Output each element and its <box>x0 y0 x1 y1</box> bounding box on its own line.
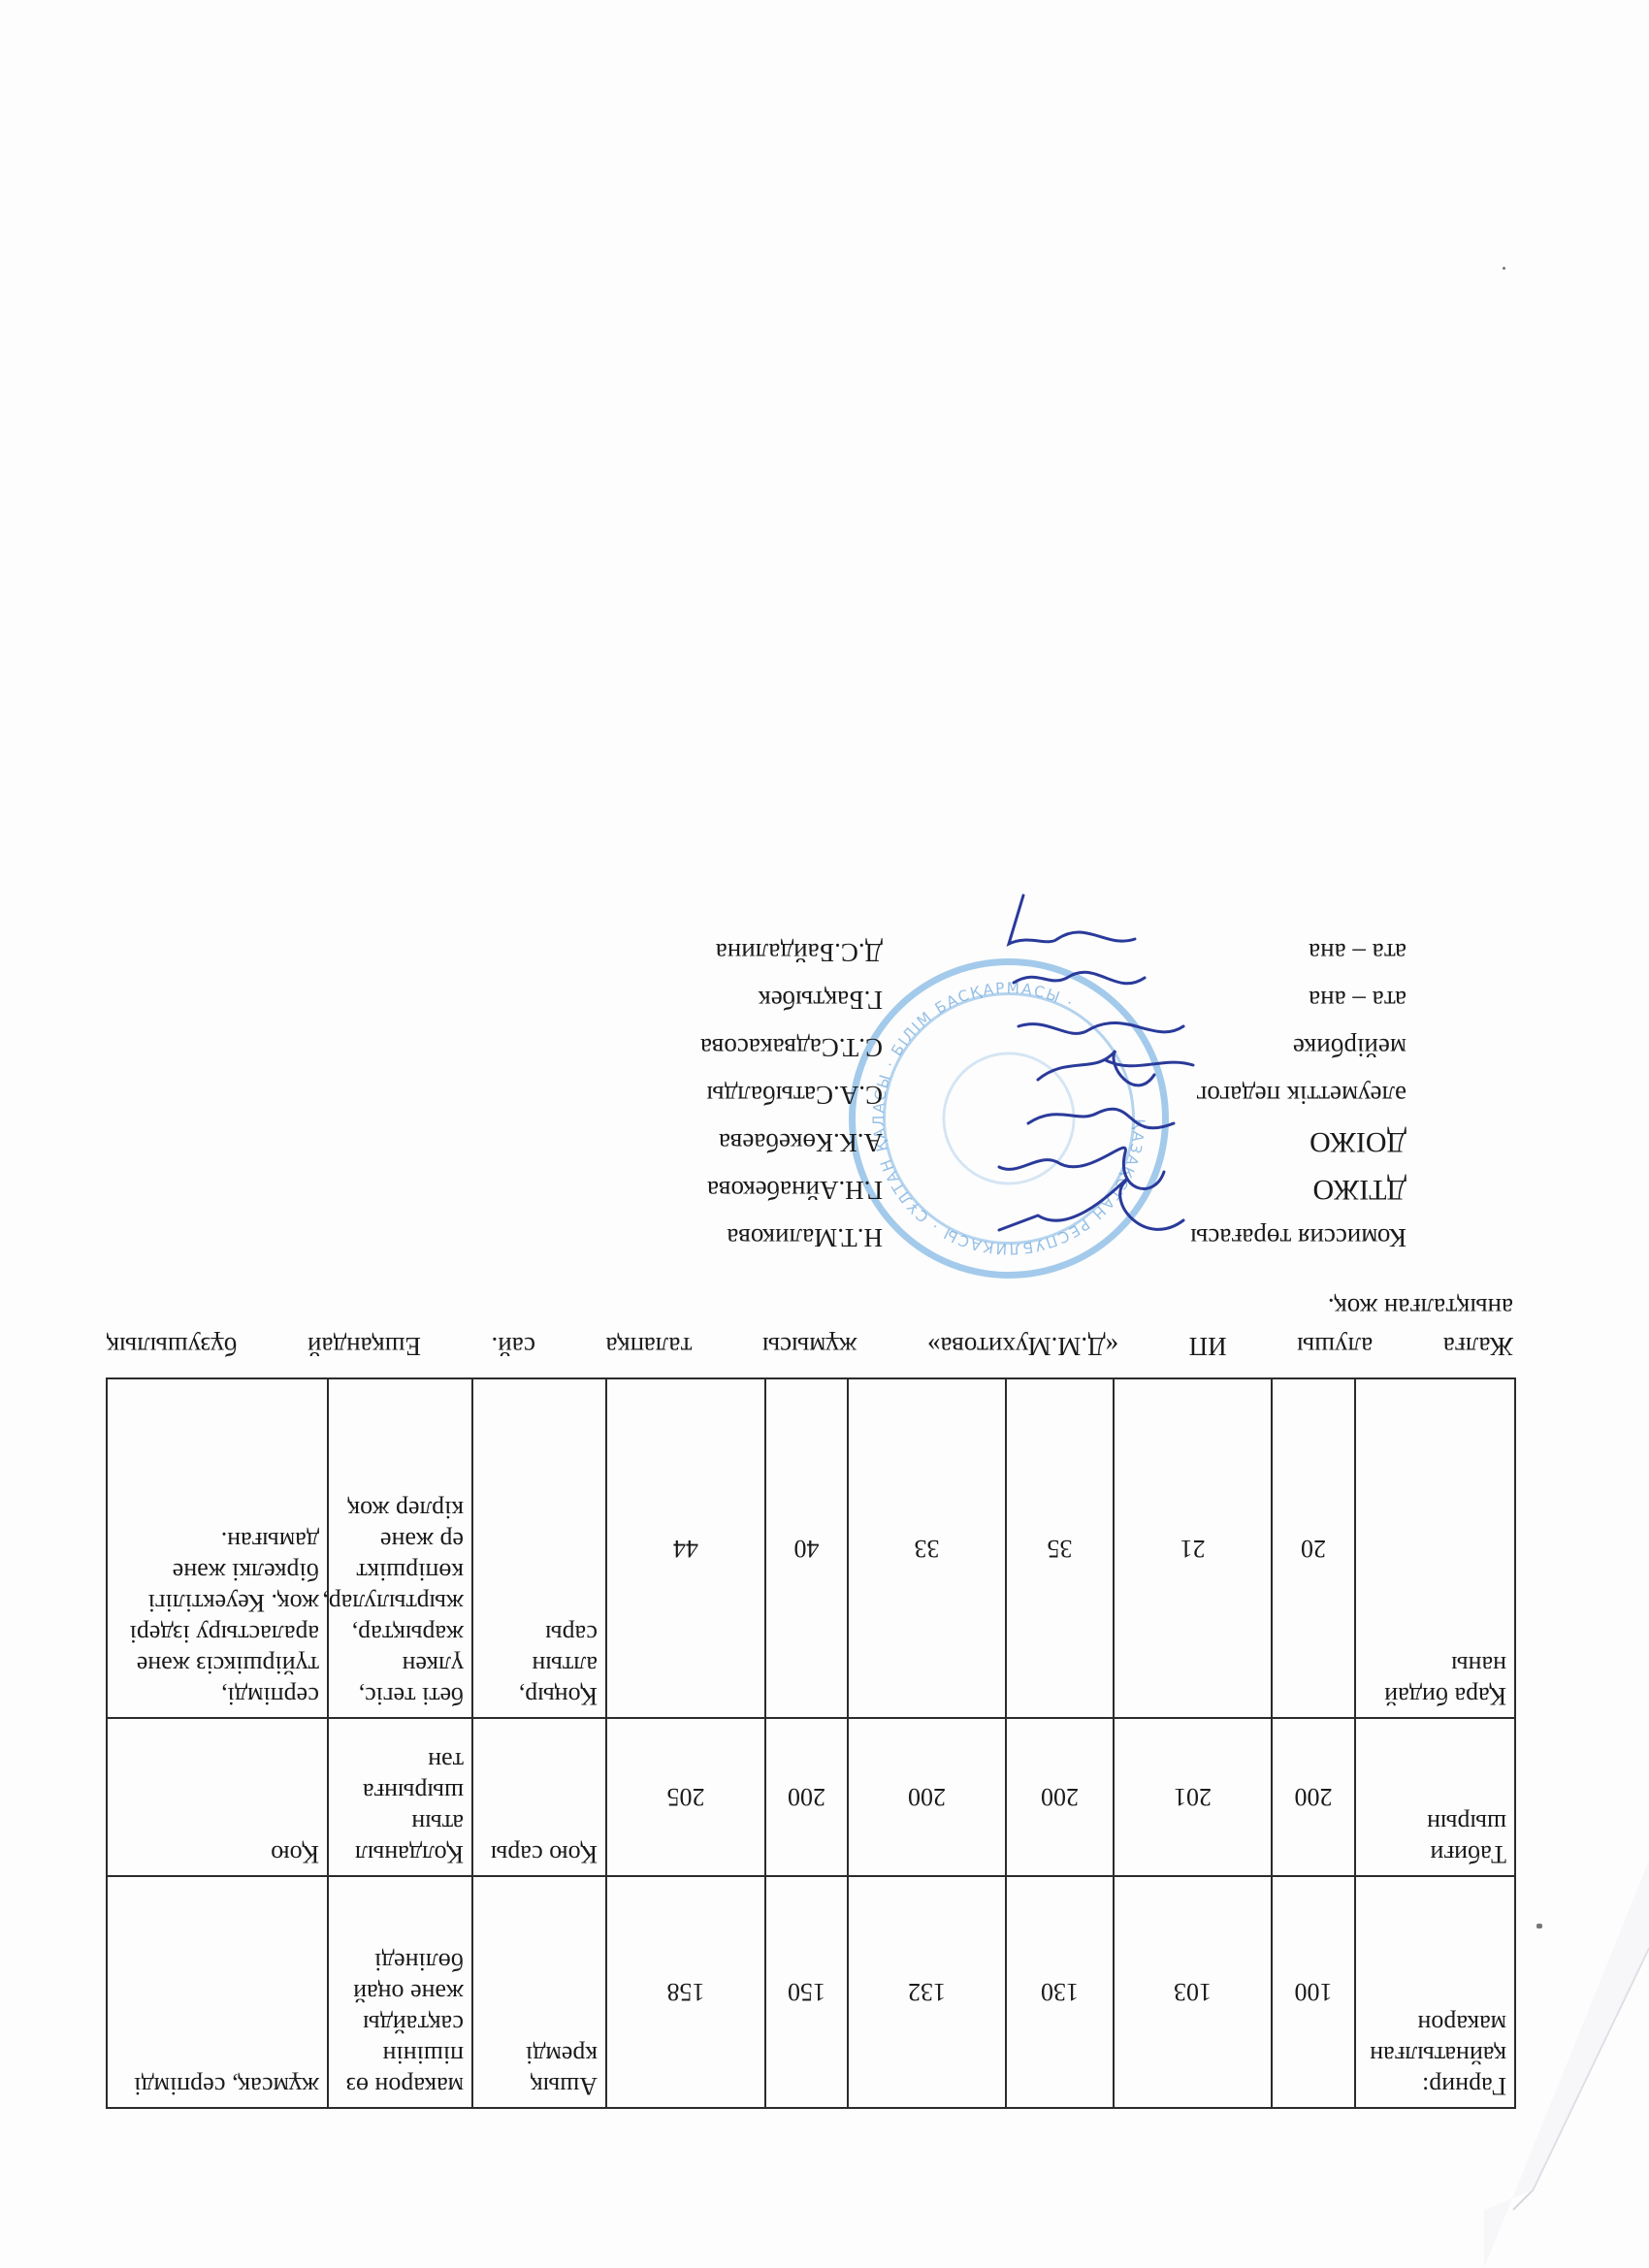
table-row: Табиғи шырын 200 201 200 200 200 205 Қою… <box>107 1718 1515 1876</box>
color-cell: Қоңыр, алтын сары <box>472 1378 606 1718</box>
table-row: Қара бидай наны 20 21 35 33 40 44 Қоңыр,… <box>107 1378 1515 1718</box>
value-cell: 205 <box>606 1718 765 1876</box>
shape-cell: беті тегіс, үлкен жарықтар, жыртылулар, … <box>328 1378 472 1718</box>
page-curl-shadow-icon <box>1484 1861 1649 2268</box>
conclusion-line-2: анықталған жоқ. <box>1328 1293 1513 1322</box>
menu-quality-table: Гарнир: қайнатылған макарон 100 103 130 … <box>106 1377 1516 2109</box>
scan-speck <box>1503 267 1505 270</box>
signatory-role: ДОІЖО <box>1309 1118 1406 1166</box>
signatory-name: А.К.Көкебаева <box>719 1118 883 1166</box>
value-cell: 44 <box>606 1378 765 1718</box>
value-cell: 33 <box>848 1378 1006 1718</box>
value-cell: 21 <box>1114 1378 1272 1718</box>
scanned-page: Гарнир: қайнатылған макарон 100 103 130 … <box>0 0 1649 2268</box>
value-cell: 130 <box>1006 1876 1114 2108</box>
dish-name: Қара бидай наны <box>1355 1378 1515 1718</box>
value-cell: 103 <box>1114 1876 1272 2108</box>
shape-cell: Қолданыл атын шырынға тән <box>328 1718 472 1876</box>
value-cell: 40 <box>765 1378 848 1718</box>
value-cell: 132 <box>848 1876 1006 2108</box>
consistency-cell: жұмсақ, серпімді <box>107 1876 328 2108</box>
consistency-cell: Қою <box>107 1718 328 1876</box>
signatory-name: С.А.Сатыбалды <box>706 1071 883 1118</box>
signatory-name: Г.Н.Айнабекова <box>707 1166 883 1214</box>
value-cell: 100 <box>1272 1876 1355 2108</box>
shape-cell: макарон өз пішінін сақтайды және оңай бө… <box>328 1876 472 2108</box>
table-row: Гарнир: қайнатылған макарон 100 103 130 … <box>107 1876 1515 2108</box>
value-cell: 200 <box>1006 1718 1114 1876</box>
signatory-role: мейірбике <box>1293 1023 1406 1071</box>
conclusion-paragraph: Жалға алушы ИП «Д.М.Мухитова» жұмысы тал… <box>107 1288 1513 1366</box>
signatory-role: Комиссия төрағасы <box>1190 1214 1406 1261</box>
value-cell: 200 <box>848 1718 1006 1876</box>
value-cell: 200 <box>765 1718 848 1876</box>
consistency-cell: серпімді, түйіршіксіз және араластыру із… <box>107 1378 328 1718</box>
conclusion-line-1: Жалға алушы ИП «Д.М.Мухитова» жұмысы тал… <box>107 1327 1513 1366</box>
value-cell: 35 <box>1006 1378 1114 1718</box>
signatory-role: ата – ана <box>1309 976 1406 1023</box>
signatory-name: Н.Т.Маликова <box>727 1214 883 1261</box>
color-cell: Ашық кремді <box>472 1876 606 2108</box>
dish-name: Табиғи шырын <box>1355 1718 1515 1876</box>
signatory-name: Д.С.Байдалина <box>716 928 883 976</box>
signatory-role: ата – ана <box>1309 928 1406 976</box>
scan-speck <box>1536 1924 1542 1928</box>
signatory-name: Г.Бақтыбек <box>759 976 883 1023</box>
value-cell: 150 <box>765 1876 848 2108</box>
signatory-role: ДТІЖО <box>1312 1166 1406 1214</box>
color-cell: Қою сары <box>472 1718 606 1876</box>
signatory-role: әлеуметтік педагог <box>1196 1071 1406 1118</box>
value-cell: 200 <box>1272 1718 1355 1876</box>
value-cell: 158 <box>606 1876 765 2108</box>
value-cell: 201 <box>1114 1718 1272 1876</box>
signatory-name: С.Т.Садвакасова <box>700 1023 883 1071</box>
value-cell: 20 <box>1272 1378 1355 1718</box>
handwritten-signatures-icon <box>970 891 1222 1259</box>
